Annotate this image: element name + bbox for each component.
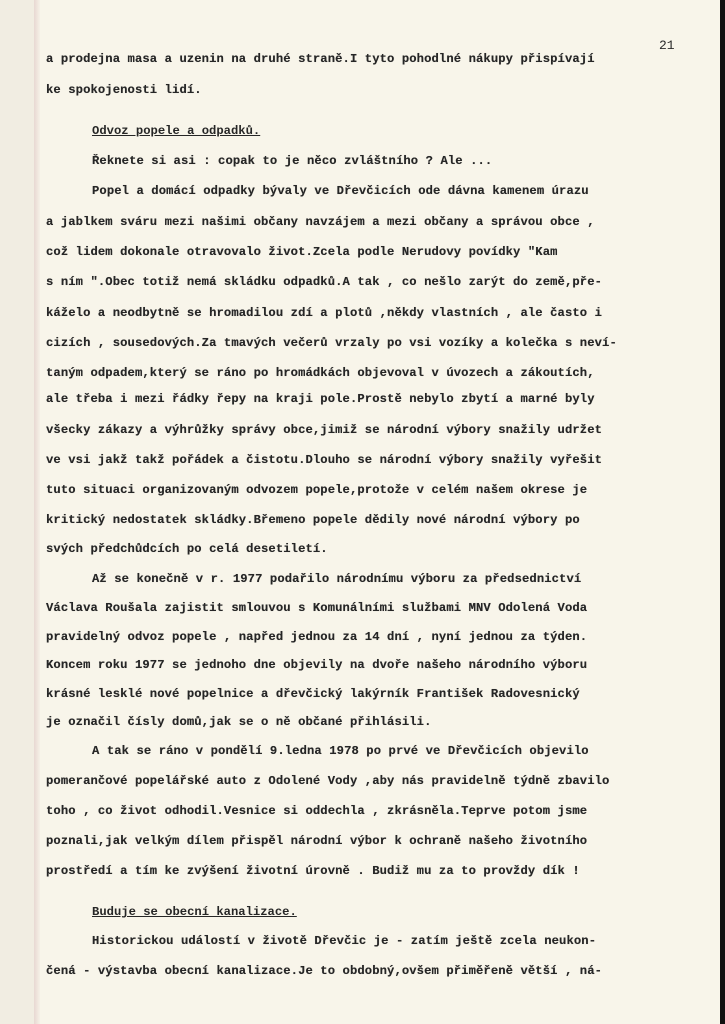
text-line: Až se konečně v r. 1977 podařilo národní…	[92, 572, 581, 586]
text-line: svých předchůdcích po celá desetiletí.	[46, 542, 328, 556]
text-line: A tak se ráno v pondělí 9.ledna 1978 po …	[92, 744, 589, 758]
text-line: kritický nedostatek skládky.Břemeno pope…	[46, 513, 580, 527]
text-line: Popel a domácí odpadky bývaly ve Dřevčic…	[92, 184, 589, 198]
text-line: a prodejna masa a uzenin na druhé straně…	[46, 52, 595, 66]
text-line: všecky zákazy a výhrůžky správy obce,jim…	[46, 423, 602, 437]
text-line: taným odpadem,který se ráno po hromádkác…	[46, 366, 595, 380]
text-line: čená - výstavba obecní kanalizace.Je to …	[46, 964, 602, 978]
page-number: 21	[659, 38, 675, 53]
text-line: Historickou událostí v životě Dřevčic je…	[92, 934, 596, 948]
text-line: pomerančové popelářské auto z Odolené Vo…	[46, 774, 609, 788]
text-line: káželo a neodbytně se hromadilou zdí a p…	[46, 306, 602, 320]
text-line: Řeknete si asi : copak to je něco zvlášt…	[92, 154, 492, 168]
scan-right-border	[720, 0, 725, 1024]
section-heading-sewerage: Buduje se obecní kanalizace.	[92, 905, 297, 919]
text-line: což lidem dokonale otravovalo život.Zcel…	[46, 245, 558, 259]
text-line: ve vsi jakž takž pořádek a čistotu.Dlouh…	[46, 453, 602, 467]
text-line: a jablkem sváru mezi našimi občany navzá…	[46, 215, 595, 229]
text-line: poznali,jak velkým dílem přispěl národní…	[46, 834, 587, 848]
text-line: ale třeba i mezi řádky řepy na kraji pol…	[46, 392, 595, 406]
scan-left-margin	[0, 0, 34, 1024]
text-line: krásné lesklé nové popelnice a dřevčický…	[46, 687, 580, 701]
text-line: cizích , sousedových.Za tmavých večerů v…	[46, 336, 617, 350]
text-line: pravidelný odvoz popele , napřed jednou …	[46, 630, 587, 644]
text-line: s ním ".Obec totiž nemá skládku odpadků.…	[46, 275, 602, 289]
text-line: toho , co život odhodil.Vesnice si oddec…	[46, 804, 587, 818]
text-line: Koncem roku 1977 se jednoho dne objevily…	[46, 658, 587, 672]
section-heading-waste: Odvoz popele a odpadků.	[92, 124, 260, 138]
text-line: tuto situaci organizovaným odvozem popel…	[46, 483, 587, 497]
text-line: ke spokojenosti lidí.	[46, 83, 202, 97]
text-line: Václava Roušala zajistit smlouvou s Komu…	[46, 601, 587, 615]
text-line: prostředí a tím ke zvýšení životní úrovn…	[46, 864, 580, 878]
text-line: je označil čísly domů,jak se o ně občané…	[46, 715, 432, 729]
